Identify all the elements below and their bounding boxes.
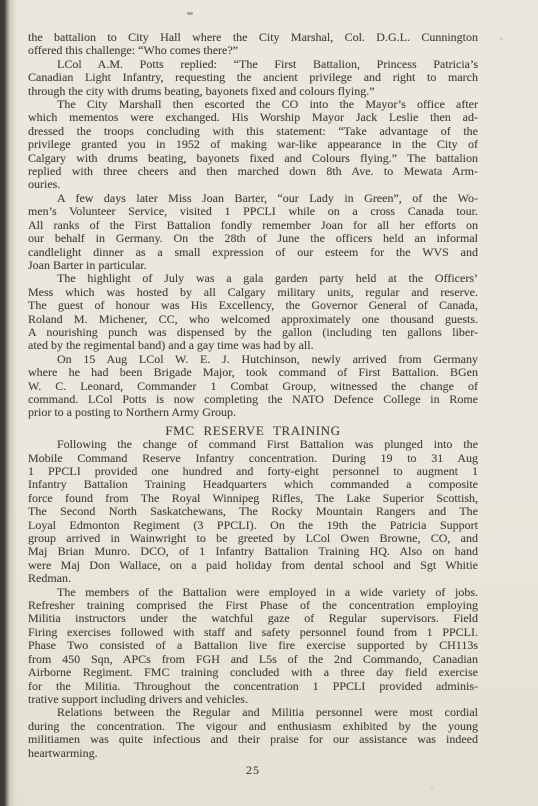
text-line: Loyal Edmonton Regiment (3 PPCLI). On th…	[28, 519, 478, 532]
text-line: Mess which was hosted by all Calgary mil…	[28, 286, 478, 299]
paragraph: Relations between the Regular and Militi…	[28, 706, 478, 760]
text-line: ated by the regimental band) and a gay t…	[28, 339, 478, 352]
text-line: All ranks of the First Battalion fondly …	[28, 219, 478, 232]
text-line: through the city with drums beating, bay…	[28, 85, 478, 98]
text-line: Mobile Command Reserve Infantry concentr…	[28, 452, 478, 465]
text-line: Firing exercises followed with staff and…	[28, 626, 478, 639]
text-line: command. LCol Potts is now completing th…	[28, 393, 478, 406]
text-line: The members of the Battalion were employ…	[28, 586, 478, 599]
paragraph: The highlight of July was a gala garden …	[28, 272, 478, 352]
text-line: W. C. Leonard, Commander 1 Combat Group,…	[28, 380, 478, 393]
text-line: The highlight of July was a gala garden …	[28, 272, 478, 285]
text-line: Phase Two consisted of a Battalion live …	[28, 639, 478, 652]
text-line: Redman.	[28, 572, 478, 585]
paper-speck	[500, 37, 503, 40]
text-line: our behalf in Germany. On the 28th of Ju…	[28, 232, 478, 245]
text-line: A few days later Miss Joan Barter, “our …	[28, 192, 478, 205]
text-line: trative support including drivers and ve…	[28, 693, 478, 706]
paragraph: the battalion to City Hall where the Cit…	[28, 31, 478, 58]
text-line: Militia instructors under the watchful g…	[28, 612, 478, 625]
text-line: Relations between the Regular and Militi…	[28, 706, 478, 719]
text-line: were Maj Don Wallace, on a paid holiday …	[28, 559, 478, 572]
text-line: The City Marshall then escorted the CO i…	[28, 98, 478, 111]
text-line: Airborne Regiment. FMC training conclude…	[28, 666, 478, 679]
text-line: privilege granted you in 1952 of making …	[28, 138, 478, 151]
text-line: militiamen was quite infectious and thei…	[28, 733, 478, 746]
paragraph: A few days later Miss Joan Barter, “our …	[28, 192, 478, 272]
text-line: Calgary with drums beating, bayonets fix…	[28, 152, 478, 165]
text-line: replied with three cheers and then march…	[28, 165, 478, 178]
text-line: Refresher training comprised the First P…	[28, 599, 478, 612]
text-line: dressed the troops concluding with this …	[28, 125, 478, 138]
paragraph: LCol A.M. Potts replied: “The First Batt…	[28, 58, 478, 98]
text-line: prior to a posting to Northern Army Grou…	[28, 406, 478, 419]
text-line: On 15 Aug LCol W. E. J. Hutchinson, newl…	[28, 353, 478, 366]
text-line: for the Militia. Throughout the concentr…	[28, 680, 478, 693]
text-line: Maj Brian Munro. DCO, of 1 Infantry Batt…	[28, 545, 478, 558]
text-line: Joan Barter in particular.	[28, 259, 478, 272]
text-line: heartwarming.	[28, 747, 478, 760]
page-number: 25	[28, 764, 478, 777]
text-line: candlelight dinner as a small expression…	[28, 246, 478, 259]
text-line: Infantry Battalion Training Headquarters…	[28, 478, 478, 491]
text-line: group arrived in Wainwright to be greete…	[28, 532, 478, 545]
text-line: A nourishing punch was dispensed by the …	[28, 326, 478, 339]
text-line: LCol A.M. Potts replied: “The First Batt…	[28, 58, 478, 71]
paragraph: The City Marshall then escorted the CO i…	[28, 98, 478, 192]
text-line: 1 PPCLI provided one hundred and forty-e…	[28, 465, 478, 478]
text-line: Following the change of command First Ba…	[28, 438, 478, 451]
text-line: from 450 Sqn, APCs from FGH and L5s of t…	[28, 653, 478, 666]
section-heading: FMC RESERVE TRAINING	[28, 424, 478, 437]
paragraph: On 15 Aug LCol W. E. J. Hutchinson, newl…	[28, 353, 478, 420]
text-column: the battalion to City Hall where the Cit…	[28, 31, 478, 777]
text-line: Roland M. Michener, CC, who welcomed app…	[28, 313, 478, 326]
text-line: The Second North Saskatchewans, The Rock…	[28, 505, 478, 518]
page-gutter-shadow	[0, 0, 18, 806]
text-line: force found from The Royal Winnipeg Rifl…	[28, 492, 478, 505]
text-line: offered this challenge: “Who comes there…	[28, 44, 478, 57]
text-line: men’s Volunteer Service, visited 1 PPCLI…	[28, 205, 478, 218]
paper-speck	[430, 787, 434, 791]
text-line: during the concentration. The vigour and…	[28, 720, 478, 733]
paragraph: The members of the Battalion were employ…	[28, 586, 478, 707]
text-line: Canadian Light Infantry, requesting the …	[28, 71, 478, 84]
text-line: ouries.	[28, 178, 478, 191]
text-line: where he had been Brigade Major, took co…	[28, 366, 478, 379]
text-line: The guest of honour was His Excellency, …	[28, 299, 478, 312]
paragraph: Following the change of command First Ba…	[28, 438, 478, 585]
text-line: which mementos were exchanged. His Worsh…	[28, 111, 478, 124]
paper-speck	[187, 12, 193, 15]
text-line: the battalion to City Hall where the Cit…	[28, 31, 478, 44]
